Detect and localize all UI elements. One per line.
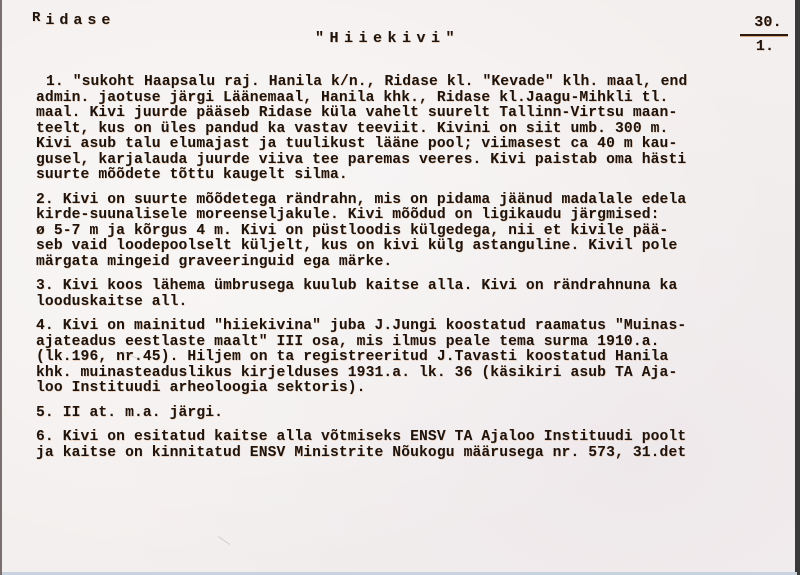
text-line: seb vaid loodepoolselt küljelt, kus on k… xyxy=(36,239,800,255)
text-line: 3. Kivi koos lähema ümbrusega kuulub kai… xyxy=(36,279,800,295)
paragraph-2: 2. Kivi on suurte mõõdetega rändrahn, mi… xyxy=(36,193,800,271)
text-line: khk. muinasteaduslikus kirjelduses 1931.… xyxy=(36,366,800,382)
text-line: gusel, karjalauda juurde viiva tee parem… xyxy=(36,153,800,169)
text-line: ja kaitse on kinnitatud ENSV Ministrite … xyxy=(36,446,800,462)
typewritten-card: Ridase "Hiiekivi" 30. 1. 1. "sukoht Haap… xyxy=(0,0,795,575)
document-body: 1. "sukoht Haapsalu raj. Hanila k/n., Ri… xyxy=(36,75,800,470)
text-line: looduskaitse all. xyxy=(36,295,800,311)
text-line: 4. Kivi on mainitud "hiiekivina" juba J.… xyxy=(36,319,800,335)
text-line: suurte mõõdete tõttu kaugelt silma. xyxy=(36,168,800,184)
fraction-line xyxy=(740,34,788,36)
text-line: Kivi asub talu elumajast ja tuulikust lä… xyxy=(36,137,800,153)
text-line: 6. Kivi on esitatud kaitse alla võtmisek… xyxy=(36,430,800,446)
text-line: admin. jaotuse järgi Läänemaal, Hanila k… xyxy=(36,91,800,107)
location-initial: R xyxy=(32,10,45,26)
paragraph-4: 4. Kivi on mainitud "hiiekivina" juba J.… xyxy=(36,319,800,397)
text-line: (lk.196, nr.45). Hiljem on ta registreer… xyxy=(36,350,800,366)
text-line: ø 5-7 m ja kõrgus 4 m. Kivi on püstloodi… xyxy=(36,224,800,240)
text-line: ajateadus eestlaste maalt" III osa, mis … xyxy=(36,335,800,351)
text-line: maal. Kivi juurde pääseb Ridase küla vah… xyxy=(36,106,800,122)
paragraph-6: 6. Kivi on esitatud kaitse alla võtmisek… xyxy=(36,430,800,461)
page-number-bottom: 1. xyxy=(740,38,788,55)
page-number-top: 30. xyxy=(740,14,788,31)
text-line: loo Instituudi arheoloogia sektoris). xyxy=(36,381,800,397)
text-line: märgata mingeid graveeringuid ega märke. xyxy=(36,255,800,271)
page-number: 30. 1. xyxy=(740,14,788,55)
paragraph-3: 3. Kivi koos lähema ümbrusega kuulub kai… xyxy=(36,279,800,310)
paragraph-1: 1. "sukoht Haapsalu raj. Hanila k/n., Ri… xyxy=(36,75,800,184)
location-label: Ridase xyxy=(32,12,115,29)
paper-scratch xyxy=(218,536,230,545)
text-line: teelt, kus on üles pandud ka vastav teev… xyxy=(36,122,800,138)
text-line: 1. "sukoht Haapsalu raj. Hanila k/n., Ri… xyxy=(36,75,800,91)
document-title: "Hiiekivi" xyxy=(315,30,460,47)
paragraph-5: 5. II at. m.a. järgi. xyxy=(36,406,800,422)
location-rest: idase xyxy=(45,12,115,29)
text-line: 5. II at. m.a. järgi. xyxy=(36,406,800,422)
text-line: 2. Kivi on suurte mõõdetega rändrahn, mi… xyxy=(36,193,800,209)
text-line: kirde-suunalisele moreenseljakule. Kivi … xyxy=(36,208,800,224)
